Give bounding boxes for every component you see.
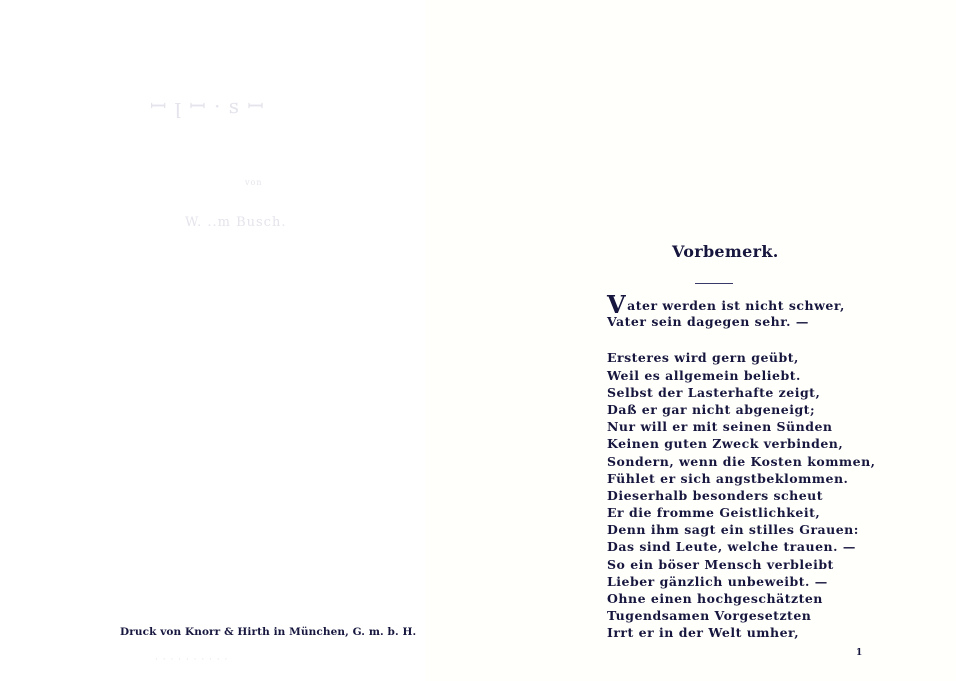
show-through-title: ꟷ ꞁ ꟷ · ꜱ ꟷ [150, 92, 265, 119]
printer-imprint: Druck von Knorr & Hirth in München, G. m… [120, 626, 416, 638]
poem-line: Denn ihm sagt ein stilles Grauen: [607, 521, 876, 538]
book-spread: ꟷ ꞁ ꟷ · ꜱ ꟷ von W. ..m Busch. · · · · · … [0, 0, 956, 681]
poem-body: Vater werden ist nicht schwer, Vater sei… [607, 292, 876, 642]
poem-line: Tugendsamen Vorgesetzten [607, 607, 876, 624]
show-through-author: W. ..m Busch. [185, 215, 286, 230]
poem-line: Vater werden ist nicht schwer, [607, 296, 876, 313]
heading-text: Vorbemerk. [672, 242, 779, 261]
poem-line: Das sind Leute, welche trauen. — [607, 538, 876, 555]
show-through-bottom: · · · · · · · · · · [155, 655, 228, 665]
page-number: 1 [856, 648, 862, 658]
poem-line: So ein böser Mensch verbleibt [607, 556, 876, 573]
left-page: ꟷ ꞁ ꟷ · ꜱ ꟷ von W. ..m Busch. · · · · · … [0, 0, 425, 681]
poem-line: Keinen guten Zweck verbinden, [607, 435, 876, 452]
poem-line: Nur will er mit seinen Sünden [607, 418, 876, 435]
poem-line: Vater sein dagegen sehr. — [607, 313, 876, 330]
right-page: Vorbemerk. Vater werden ist nicht schwer… [425, 0, 956, 681]
poem-line: Lieber gänzlich unbeweibt. — [607, 573, 876, 590]
poem-line: Weil es allgemein beliebt. [607, 367, 876, 384]
heading-separator-rule [695, 283, 733, 284]
poem-line: Sondern, wenn die Kosten kommen, [607, 453, 876, 470]
poem-line: Fühlet er sich angstbeklommen. [607, 470, 876, 487]
section-heading: Vorbemerk. [425, 242, 956, 261]
stanza-gap [607, 330, 876, 349]
poem-line: Er die fromme Geistlichkeit, [607, 504, 876, 521]
poem-line-text: ater werden ist nicht schwer, [627, 298, 845, 313]
show-through-von: von [245, 178, 263, 187]
poem-line: Dieserhalb besonders scheut [607, 487, 876, 504]
poem-line: Ohne einen hochgeschätzten [607, 590, 876, 607]
poem-line: Daß er gar nicht abgeneigt; [607, 401, 876, 418]
poem-line: Ersteres wird gern geübt, [607, 349, 876, 366]
poem-line: Selbst der Lasterhafte zeigt, [607, 384, 876, 401]
poem-line: Irrt er in der Welt umher, [607, 624, 876, 641]
